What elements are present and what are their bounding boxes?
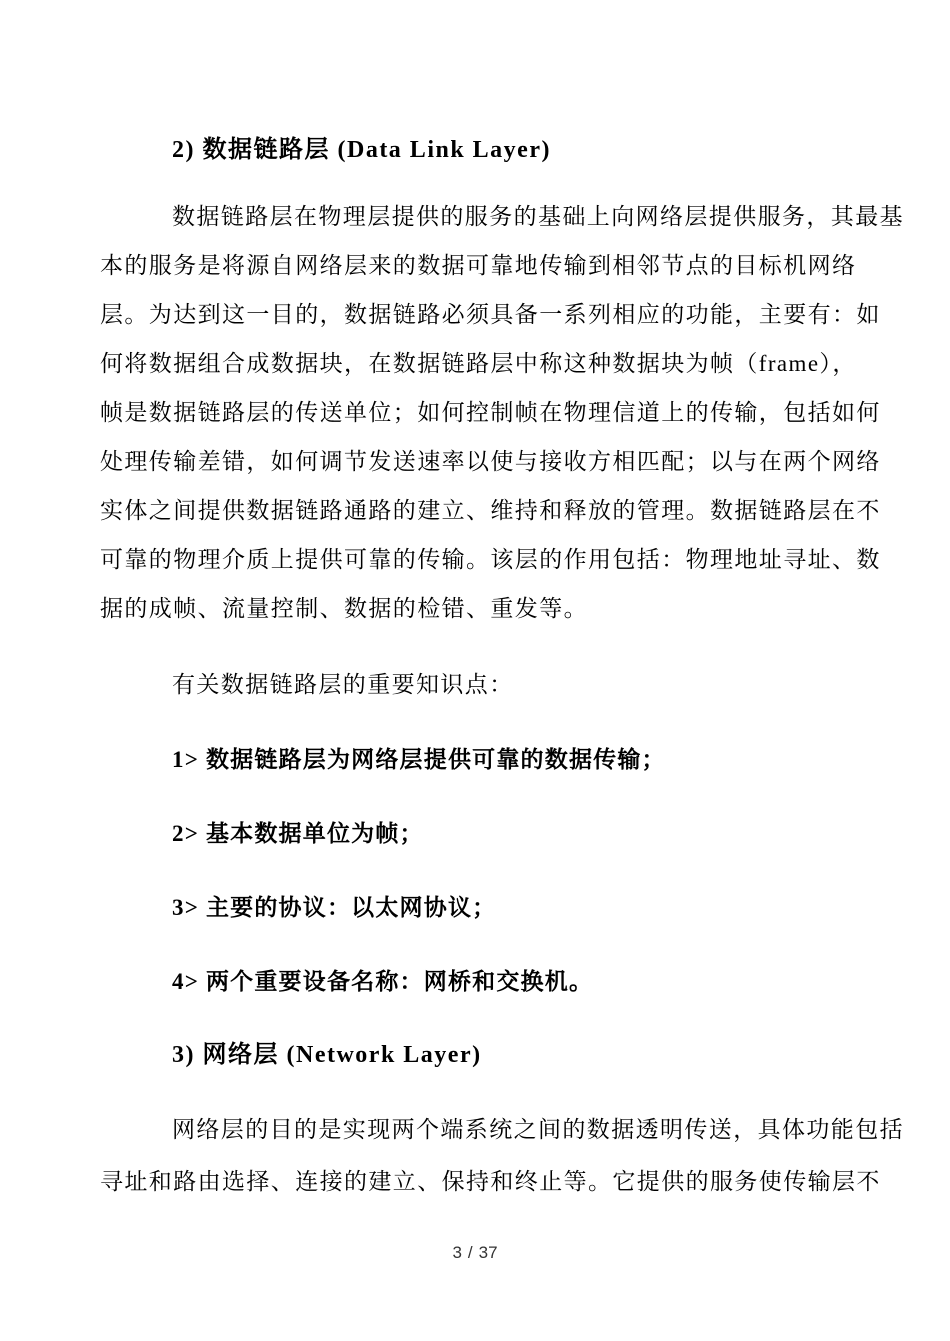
paragraph-line: 层。为达到这一目的，数据链路必须具备一系列相应的功能，主要有：如: [100, 290, 860, 339]
paragraph-line: 寻址和路由选择、连接的建立、保持和终止等。它提供的服务使传输层不: [100, 1156, 860, 1208]
page-number-current: 3: [452, 1243, 461, 1262]
paragraph-keypoints-intro: 有关数据链路层的重要知识点：: [100, 660, 860, 709]
keypoint-item-3: 3> 主要的协议：以太网协议；: [100, 883, 860, 932]
page-number-separator: /: [468, 1243, 473, 1262]
page-number-footer: 3/37: [0, 1228, 950, 1278]
paragraph-line: 网络层的目的是实现两个端系统之间的数据透明传送，具体功能包括: [100, 1104, 860, 1156]
paragraph-line: 可靠的物理介质上提供可靠的传输。该层的作用包括：物理地址寻址、数: [100, 535, 860, 584]
section-heading-data-link-layer: 2) 数据链路层 (Data Link Layer): [100, 125, 860, 175]
paragraph-line: 本的服务是将源自网络层来的数据可靠地传输到相邻节点的目标机网络: [100, 241, 860, 290]
paragraph-line: 何将数据组合成数据块，在数据链路层中称这种数据块为帧（frame），: [100, 339, 860, 388]
paragraph-line: 据的成帧、流量控制、数据的检错、重发等。: [100, 584, 860, 633]
page-number-total: 37: [479, 1243, 498, 1262]
keypoints-intro-text: 有关数据链路层的重要知识点：: [100, 660, 860, 709]
keypoint-item-1: 1> 数据链路层为网络层提供可靠的数据传输；: [100, 735, 860, 784]
keypoint-item-4: 4> 两个重要设备名称：网桥和交换机。: [100, 957, 860, 1006]
paragraph-network-layer: 网络层的目的是实现两个端系统之间的数据透明传送，具体功能包括 寻址和路由选择、连…: [100, 1104, 860, 1208]
paragraph-line: 处理传输差错，如何调节发送速率以使与接收方相匹配；以与在两个网络: [100, 437, 860, 486]
paragraph-line: 帧是数据链路层的传送单位；如何控制帧在物理信道上的传输，包括如何: [100, 388, 860, 437]
paragraph-data-link-layer: 数据链路层在物理层提供的服务的基础上向网络层提供服务，其最基 本的服务是将源自网…: [100, 192, 860, 633]
paragraph-line: 实体之间提供数据链路通路的建立、维持和释放的管理。数据链路层在不: [100, 486, 860, 535]
paragraph-line: 数据链路层在物理层提供的服务的基础上向网络层提供服务，其最基: [100, 192, 860, 241]
document-page: 2) 数据链路层 (Data Link Layer) 数据链路层在物理层提供的服…: [0, 0, 950, 1341]
section-heading-network-layer: 3) 网络层 (Network Layer): [100, 1030, 860, 1080]
document-content: 2) 数据链路层 (Data Link Layer) 数据链路层在物理层提供的服…: [100, 0, 860, 1208]
keypoint-item-2: 2> 基本数据单位为帧；: [100, 809, 860, 858]
